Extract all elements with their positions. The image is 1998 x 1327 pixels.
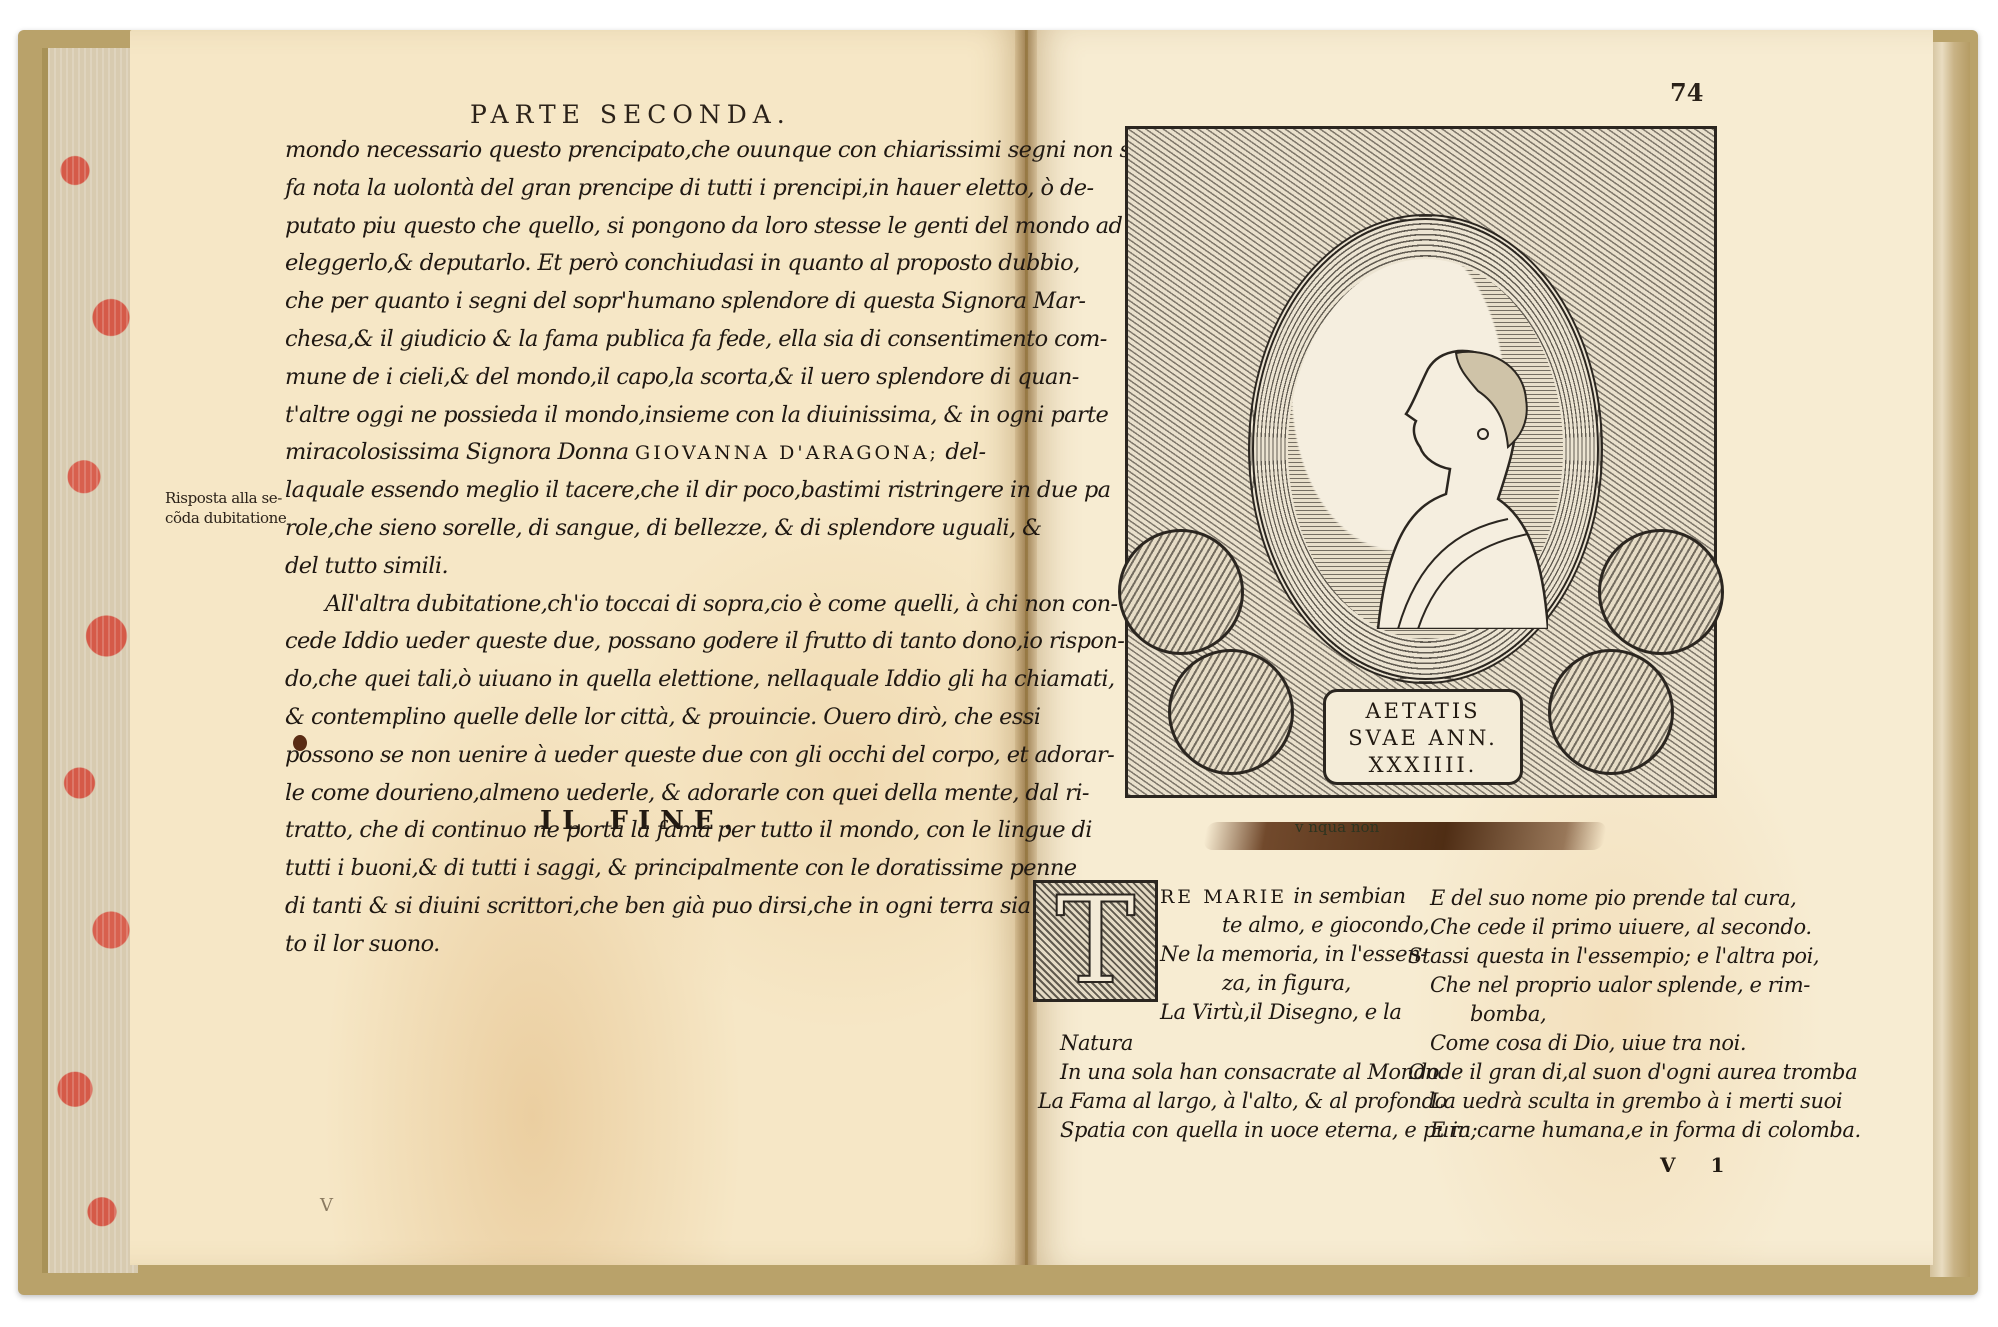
text-line: di tanti & si diuini scrittori,che ben g… (285, 888, 950, 926)
burn-stain (1203, 822, 1608, 850)
text-line-with-name: miracolosissima Signora Donna GIOVANNA D… (285, 434, 950, 472)
signature-mark: V (320, 1195, 373, 1216)
text-line: putato piu questo che quello, si pongono… (285, 208, 950, 246)
signature-mark: V 1 (1660, 1153, 1738, 1177)
page-number: 74 (1670, 78, 1703, 107)
text-fragment: del- (939, 439, 986, 465)
text-line: All'altra dubitatione,ch'io toccai di so… (285, 586, 950, 624)
finis-heading: IL FINE. (540, 806, 743, 836)
text-line: eleggerlo,& deputarlo. Et però conchiuda… (285, 245, 950, 283)
poem-line: te almo, e giocondo, (1160, 911, 1429, 940)
fruit-roundel-ornament (1168, 649, 1294, 775)
portrait-caption: AETATIS SVAE ANN. XXXIIII. (1323, 689, 1523, 785)
text-line: che per quanto i segni del sopr'humano s… (285, 283, 950, 321)
decorated-initial: T (1033, 880, 1158, 1002)
poem-line-text: in sembian (1287, 884, 1406, 908)
marginal-note-line: cõda dubitatione (165, 508, 285, 528)
profile-bust-icon (1358, 329, 1548, 629)
text-line: cede Iddio ueder queste due, possano god… (285, 623, 950, 661)
text-line: laquale essendo meglio il tacere,che il … (285, 472, 950, 510)
poem-line: La uedrà sculta in grembo à i merti suoi (1408, 1087, 1861, 1116)
text-fragment: miracolosissima Signora Donna (285, 439, 628, 465)
text-line: do,che quei tali,ò uiuano in quella elet… (285, 661, 950, 699)
text-line: del tutto simili. (285, 548, 950, 586)
text-line: role,che sieno sorelle, di sangue, di be… (285, 510, 950, 548)
marginal-note-line: Risposta alla se- (165, 488, 285, 508)
text-line: & contemplino quelle delle lor città, & … (285, 699, 950, 737)
right-page-edges (1930, 42, 1970, 1277)
caption-line: SVAE ANN. (1326, 725, 1520, 752)
ink-spot (293, 735, 307, 751)
poem-line: La Virtù,il Disegno, e la (1160, 998, 1429, 1027)
caption-line: XXXIIII. (1326, 752, 1520, 779)
poem-column-1-top: RE MARIE in sembian te almo, e giocondo,… (1160, 882, 1429, 1027)
text-line: possono se non uenire à ueder queste due… (285, 737, 950, 775)
poem-line: Come cosa di Dio, uiue tra noi. (1408, 1029, 1861, 1058)
text-line: fa nota la uolontà del gran prencipe di … (285, 170, 950, 208)
caption-line: AETATIS (1326, 698, 1520, 725)
stain-text: v nqua non (1295, 818, 1379, 836)
poem-line: Stassi questa in l'essempio; e l'altra p… (1408, 942, 1861, 971)
poem-line: bomba, (1408, 1000, 1861, 1029)
poem-line: E del suo nome pio prende tal cura, (1408, 884, 1861, 913)
poem-line: RE MARIE in sembian (1160, 882, 1429, 911)
text-line: mondo necessario questo prencipato,che o… (285, 132, 950, 170)
poem-column-2: E del suo nome pio prende tal cura, Che … (1408, 884, 1861, 1145)
text-line: t'altre oggi ne possieda il mondo,insiem… (285, 397, 950, 435)
text-line: mune de i cieli,& del mondo,il capo,la s… (285, 359, 950, 397)
poem-line: Che nel proprio ualor splende, e rim- (1408, 971, 1861, 1000)
fruit-roundel-ornament (1118, 529, 1244, 655)
body-text: mondo necessario questo prencipato,che o… (285, 132, 950, 964)
running-head: PARTE SECONDA. (470, 100, 791, 129)
fruit-roundel-ornament (1548, 649, 1674, 775)
red-sprinkled-page-edge (42, 48, 138, 1273)
poem-line: Onde il gran di,al suon d'ogni aurea tro… (1408, 1058, 1861, 1087)
poem-line: Che cede il primo uiuere, al secondo. (1408, 913, 1861, 942)
fruit-roundel-ornament (1598, 529, 1724, 655)
poem-line: Ne la memoria, in l'essen- (1160, 940, 1429, 969)
poem-line: za, in figura, (1160, 969, 1429, 998)
poem-opening-smallcaps: RE MARIE (1160, 886, 1287, 908)
marginal-note: Risposta alla se- cõda dubitatione (165, 488, 285, 528)
poem-line: E in carne humana,e in forma di colomba. (1408, 1116, 1861, 1145)
text-line: chesa,& il giudicio & la fama publica fa… (285, 321, 950, 359)
dedicatee-name: GIOVANNA D'ARAGONA; (635, 442, 939, 464)
woodcut-portrait: AETATIS SVAE ANN. XXXIIII. (1125, 126, 1717, 798)
text-line: tutti i buoni,& di tutti i saggi, & prin… (285, 850, 950, 888)
text-line: to il lor suono. (285, 926, 950, 964)
